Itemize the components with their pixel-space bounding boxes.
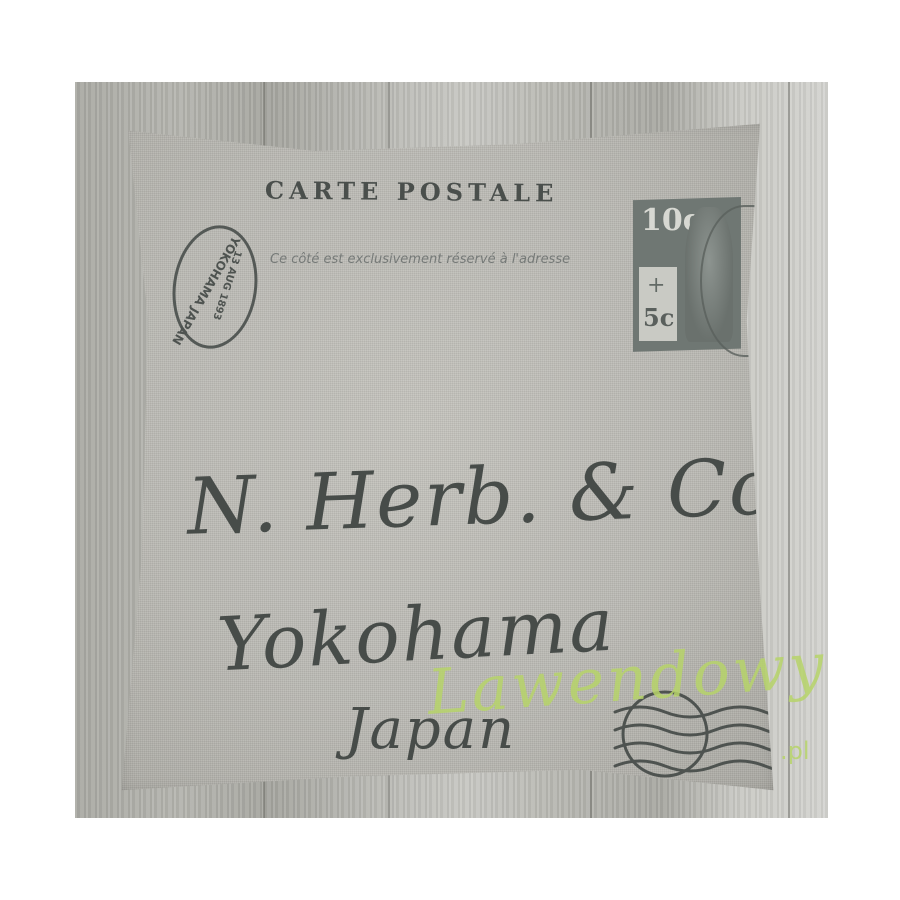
stamp-cancellation-mark (700, 205, 788, 357)
postcard-subline: Ce côté est exclusivement réservé à l'ad… (270, 252, 570, 267)
red-cross-icon: + (647, 273, 665, 298)
stamp-bottom-value: 5c (643, 303, 674, 332)
stamp-panel: + 5c (639, 267, 677, 341)
postcard-header: CARTE POSTALE (265, 175, 559, 207)
product-photo: CARTE POSTALE Ce côté est exclusivement … (75, 82, 828, 818)
address-line-1: N. Herb. & Co. (186, 441, 805, 552)
postmark-stamp: YOKOHAMA JAPAN 13 AUG 1893 (165, 220, 265, 354)
plank-seam (788, 82, 790, 818)
watermark-domain: .pl (780, 737, 810, 765)
